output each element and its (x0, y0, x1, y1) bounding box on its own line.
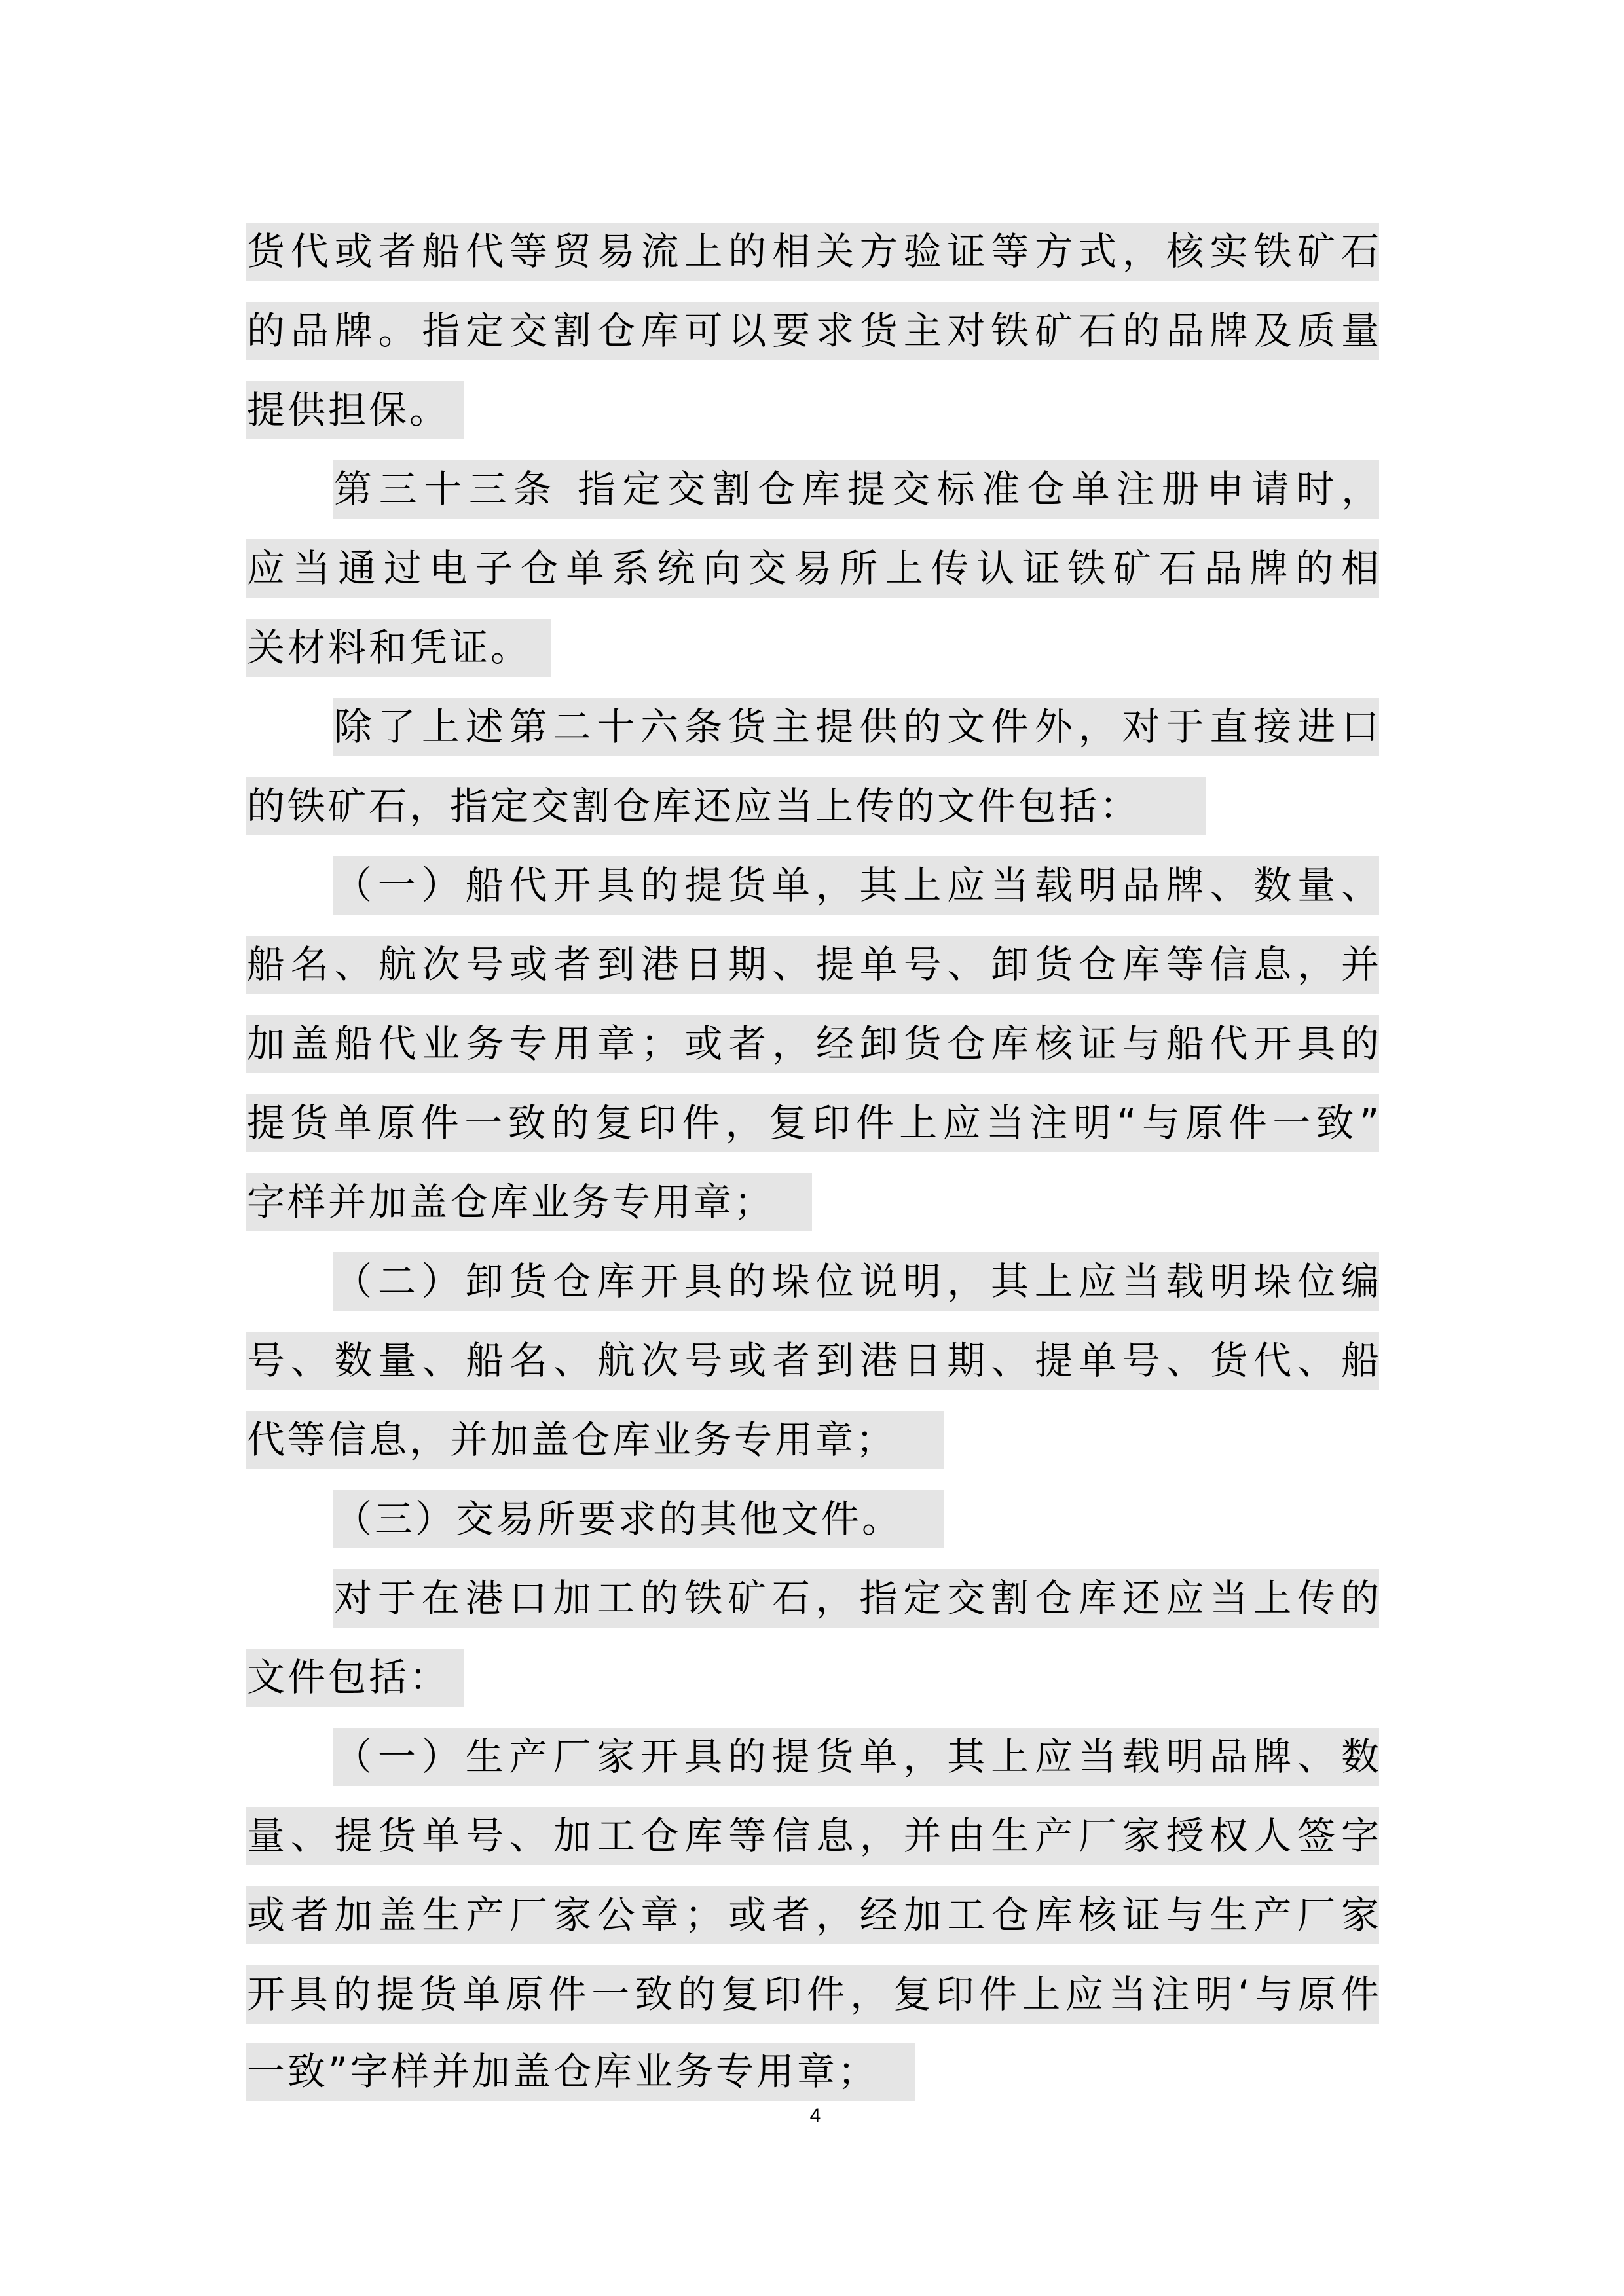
list-item-line: （二）卸货仓库开具的垛位说明，其上应当载明垛位编 (333, 1252, 1379, 1311)
text-line: 的铁矿石，指定交割仓库还应当上传的文件包括： (246, 777, 1206, 835)
text-line: 应当通过电子仓单系统向交易所上传认证铁矿石品牌的相 (246, 539, 1379, 598)
text-line: 船名、航次号或者到港日期、提单号、卸货仓库等信息，并 (246, 936, 1379, 994)
text-line: 开具的提货单原件一致的复印件，复印件上应当注明‘与原件 (246, 1965, 1379, 2024)
list-item-line: （三）交易所要求的其他文件。 (333, 1490, 944, 1548)
document-page: 货代或者船代等贸易流上的相关方验证等方式，核实铁矿石 的品牌。指定交割仓库可以要… (0, 0, 1624, 2296)
text-line: 量、提货单号、加工仓库等信息，并由生产厂家授权人签字 (246, 1807, 1379, 1865)
text-line: 代等信息，并加盖仓库业务专用章； (246, 1411, 944, 1469)
page-number: 4 (802, 2103, 828, 2129)
text-line: 加盖船代业务专用章；或者，经卸货仓库核证与船代开具的 (246, 1015, 1379, 1073)
text-line: 货代或者船代等贸易流上的相关方验证等方式，核实铁矿石 (246, 223, 1379, 281)
text-line: 关材料和凭证。 (246, 619, 551, 677)
text-line: 一致”字样并加盖仓库业务专用章； (246, 2043, 915, 2101)
text-line: 字样并加盖仓库业务专用章； (246, 1173, 812, 1231)
text-line: 提供担保。 (246, 381, 464, 439)
text-line: 的品牌。指定交割仓库可以要求货主对铁矿石的品牌及质量 (246, 302, 1379, 360)
text-line: 或者加盖生产厂家公章；或者，经加工仓库核证与生产厂家 (246, 1886, 1379, 1944)
text-line: 文件包括： (246, 1649, 464, 1707)
list-item-line: （一）生产厂家开具的提货单，其上应当载明品牌、数 (333, 1728, 1379, 1786)
text-line: 提货单原件一致的复印件，复印件上应当注明“与原件一致” (246, 1094, 1379, 1152)
text-line: 对于在港口加工的铁矿石，指定交割仓库还应当上传的 (333, 1569, 1379, 1628)
article-heading-line: 第三十三条 指定交割仓库提交标准仓单注册申请时， (333, 460, 1379, 519)
list-item-line: （一）船代开具的提货单，其上应当载明品牌、数量、 (333, 856, 1379, 915)
text-line: 除了上述第二十六条货主提供的文件外，对于直接进口 (333, 698, 1379, 756)
text-line: 号、数量、船名、航次号或者到港日期、提单号、货代、船 (246, 1332, 1379, 1390)
